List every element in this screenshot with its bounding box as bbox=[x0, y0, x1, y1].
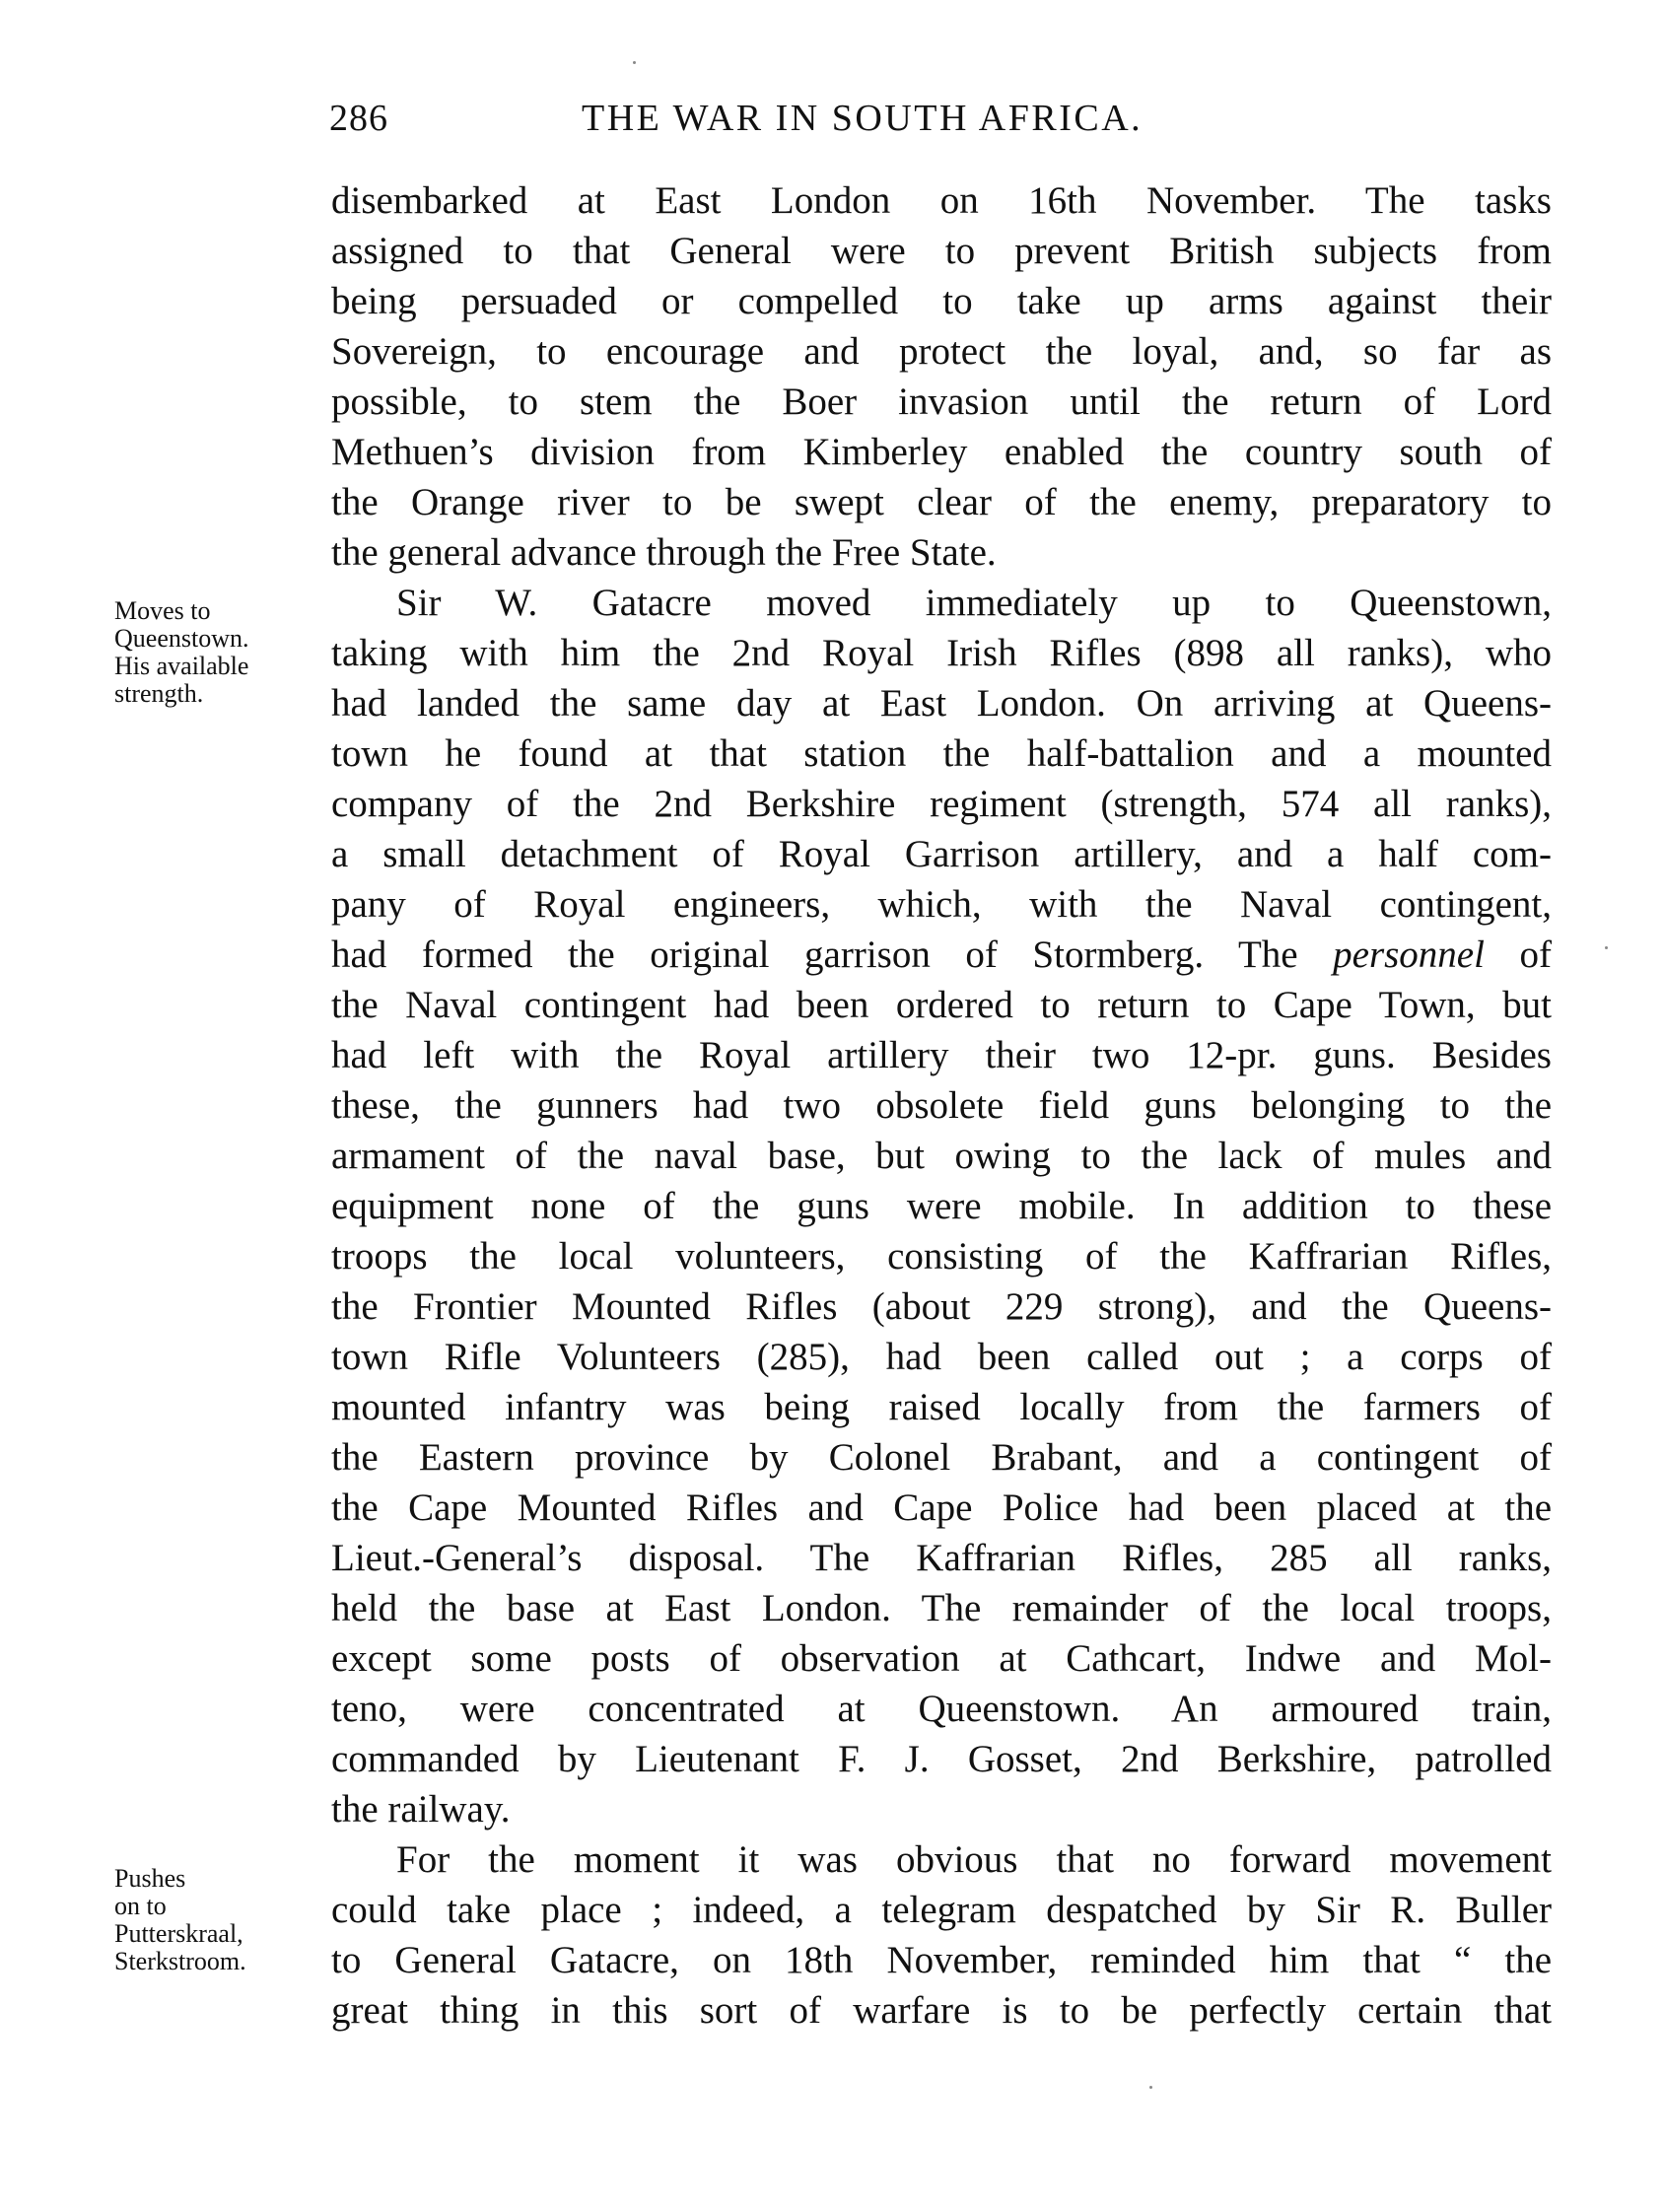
paragraph-start-line: For the moment it was obvious that no fo… bbox=[331, 1834, 1552, 1886]
page-number: 286 bbox=[329, 97, 388, 140]
italic-word: personnel bbox=[1333, 933, 1485, 976]
page-header: 286 THE WAR IN SOUTH AFRICA. bbox=[329, 97, 1611, 146]
marginal-note-moves-to-queenstown: Moves to Queenstown. His available stren… bbox=[114, 597, 312, 708]
text-line: Lieut.-General’s disposal. The Kaffraria… bbox=[331, 1533, 1552, 1584]
text-line: a small detachment of Royal Garrison art… bbox=[331, 829, 1552, 880]
text-line: the Frontier Mounted Rifles (about 229 s… bbox=[331, 1281, 1552, 1333]
text-line: had landed the same day at East London. … bbox=[331, 678, 1552, 729]
text-line: to General Gatacre, on 18th November, re… bbox=[331, 1935, 1552, 1986]
text-line: the Orange river to be swept clear of th… bbox=[331, 477, 1552, 528]
text-line: great thing in this sort of warfare is t… bbox=[331, 1985, 1552, 2037]
text-line: company of the 2nd Berkshire regiment (s… bbox=[331, 779, 1552, 830]
running-title: THE WAR IN SOUTH AFRICA. bbox=[582, 97, 1143, 140]
text-line: town he found at that station the half-b… bbox=[331, 728, 1552, 780]
text-line: assigned to that General were to prevent… bbox=[331, 226, 1552, 277]
text-line: had left with the Royal artillery their … bbox=[331, 1030, 1552, 1081]
text-line-with-italic: had formed the original garrison of Stor… bbox=[331, 930, 1552, 981]
marginal-note-line: Pushes bbox=[114, 1865, 312, 1893]
marginal-note-pushes-on: Pushes on to Putterskraal, Sterkstroom. bbox=[114, 1865, 312, 1975]
text-line: could take place ; indeed, a telegram de… bbox=[331, 1885, 1552, 1936]
book-page: 286 THE WAR IN SOUTH AFRICA. Moves to Qu… bbox=[0, 0, 1664, 2212]
text-line: held the base at East London. The remain… bbox=[331, 1583, 1552, 1634]
print-speck bbox=[1149, 2086, 1152, 2089]
print-speck bbox=[633, 61, 636, 64]
text-line: possible, to stem the Boer invasion unti… bbox=[331, 377, 1552, 428]
marginal-note-line: Sterkstroom. bbox=[114, 1948, 312, 1975]
text-line: commanded by Lieutenant F. J. Gosset, 2n… bbox=[331, 1734, 1552, 1785]
marginal-note-line: Moves to bbox=[114, 597, 312, 625]
text-line: the Cape Mounted Rifles and Cape Police … bbox=[331, 1483, 1552, 1534]
text-line: the Eastern province by Colonel Brabant,… bbox=[331, 1432, 1552, 1484]
marginal-note-line: Queenstown. bbox=[114, 625, 312, 653]
text-span: of bbox=[1485, 933, 1552, 976]
text-line: the railway. bbox=[331, 1784, 1552, 1835]
text-line: being persuaded or compelled to take up … bbox=[331, 276, 1552, 327]
text-line: equipment none of the guns were mobile. … bbox=[331, 1181, 1552, 1232]
text-line: except some posts of observation at Cath… bbox=[331, 1633, 1552, 1685]
text-line: disembarked at East London on 16th Novem… bbox=[331, 175, 1552, 227]
paragraph-start-line: Sir W. Gatacre moved immediately up to Q… bbox=[331, 578, 1552, 629]
marginal-note-line: strength. bbox=[114, 680, 312, 708]
text-line: the general advance through the Free Sta… bbox=[331, 527, 1552, 579]
marginal-note-line: on to bbox=[114, 1893, 312, 1920]
text-line: pany of Royal engineers, which, with the… bbox=[331, 879, 1552, 931]
text-line: these, the gunners had two obsolete fiel… bbox=[331, 1080, 1552, 1132]
text-line: armament of the naval base, but owing to… bbox=[331, 1131, 1552, 1182]
marginal-note-line: His available bbox=[114, 653, 312, 680]
text-line: teno, were concentrated at Queenstown. A… bbox=[331, 1684, 1552, 1735]
text-line: Methuen’s division from Kimberley enable… bbox=[331, 427, 1552, 478]
text-line: troops the local volunteers, consisting … bbox=[331, 1231, 1552, 1282]
text-line: Sovereign, to encourage and protect the … bbox=[331, 326, 1552, 378]
print-speck bbox=[1605, 946, 1608, 949]
text-line: taking with him the 2nd Royal Irish Rifl… bbox=[331, 628, 1552, 679]
text-line: mounted infantry was being raised locall… bbox=[331, 1382, 1552, 1433]
marginal-note-line: Putterskraal, bbox=[114, 1920, 312, 1948]
text-line: the Naval contingent had been ordered to… bbox=[331, 980, 1552, 1031]
text-line: town Rifle Volunteers (285), had been ca… bbox=[331, 1332, 1552, 1383]
text-span: had formed the original garrison of Stor… bbox=[331, 933, 1333, 976]
